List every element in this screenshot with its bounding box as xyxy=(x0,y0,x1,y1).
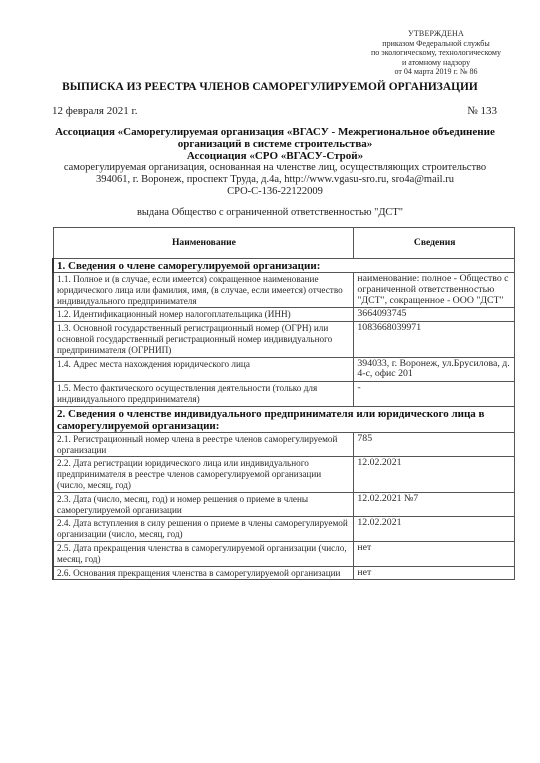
header-name: Наименование xyxy=(53,228,354,259)
document-number: № 133 xyxy=(467,105,497,117)
row-value: нет xyxy=(354,566,515,580)
row-label: 1.1. Полное и (в случае, если имеется) с… xyxy=(53,273,354,308)
row-value: нет xyxy=(354,541,515,566)
table-row: 1.3. Основной государственный регистраци… xyxy=(53,322,515,357)
row-label: 1.4. Адрес места нахождения юридического… xyxy=(53,357,354,382)
org-full-name-line2: организаций в системе строительства» xyxy=(30,138,520,150)
row-value: - xyxy=(354,382,515,407)
organization-block: Ассоциация «Саморегулируемая организация… xyxy=(30,126,520,198)
org-short-name: Ассоциация «СРО «ВГАСУ-Строй» xyxy=(30,150,520,162)
org-address: 394061, г. Воронеж, проспект Труда, д.4а… xyxy=(30,174,520,186)
section-title: 2. Сведения о членстве индивидуального п… xyxy=(53,406,515,432)
row-value: 785 xyxy=(354,432,515,457)
table-row: 2.5. Дата прекращения членства в саморег… xyxy=(53,541,515,566)
table-header-row: Наименование Сведения xyxy=(53,228,515,259)
approval-line: и атомному надзору xyxy=(330,58,540,68)
row-label: 2.3. Дата (число, месяц, год) и номер ре… xyxy=(53,492,354,517)
approval-line: приказом Федеральной службы xyxy=(330,39,540,49)
row-value: 3664093745 xyxy=(354,308,515,322)
row-value: 12.02.2021 xyxy=(354,457,515,492)
org-description: саморегулируемая организация, основанная… xyxy=(30,162,520,174)
row-value: 12.02.2021 №7 xyxy=(354,492,515,517)
header-info: Сведения xyxy=(354,228,515,259)
approval-stamp: УТВЕРЖДЕНА приказом Федеральной службы п… xyxy=(330,29,540,77)
org-full-name-line1: Ассоциация «Саморегулируемая организация… xyxy=(30,126,520,138)
row-label: 1.2. Идентификационный номер налогоплате… xyxy=(53,308,354,322)
row-label: 1.5. Место фактического осуществления де… xyxy=(53,382,354,407)
date-number-line: 12 февраля 2021 г. № 133 xyxy=(52,105,497,117)
approval-line: от 04 марта 2019 г. № 86 xyxy=(330,67,540,77)
issued-to: выдана Общество с ограниченной ответстве… xyxy=(0,207,540,218)
org-registry-number: СРО-С-136-22122009 xyxy=(30,186,520,198)
row-label: 2.5. Дата прекращения членства в саморег… xyxy=(53,541,354,566)
table-row: 1.2. Идентификационный номер налогоплате… xyxy=(53,308,515,322)
table-row: 2.2. Дата регистрации юридического лица … xyxy=(53,457,515,492)
table-row: 1.1. Полное и (в случае, если имеется) с… xyxy=(53,273,515,308)
section-title: 1. Сведения о члене саморегулируемой орг… xyxy=(53,259,515,273)
row-value: 12.02.2021 xyxy=(354,517,515,542)
row-value: 394033, г. Воронеж, ул.Брусилова, д. 4-с… xyxy=(354,357,515,382)
table-row: 2.3. Дата (число, месяц, год) и номер ре… xyxy=(53,492,515,517)
table-row: 1.4. Адрес места нахождения юридического… xyxy=(53,357,515,382)
row-label: 1.3. Основной государственный регистраци… xyxy=(53,322,354,357)
row-label: 2.2. Дата регистрации юридического лица … xyxy=(53,457,354,492)
row-value: наименование: полное - Общество с ограни… xyxy=(354,273,515,308)
approval-title: УТВЕРЖДЕНА xyxy=(330,29,540,39)
document-title: ВЫПИСКА ИЗ РЕЕСТРА ЧЛЕНОВ САМОРЕГУЛИРУЕМ… xyxy=(0,81,540,93)
table-body: 1. Сведения о члене саморегулируемой орг… xyxy=(53,259,515,580)
approval-line: по экологическому, технологическому xyxy=(330,48,540,58)
registry-table: Наименование Сведения 1. Сведения о член… xyxy=(52,227,515,580)
document-date: 12 февраля 2021 г. xyxy=(52,105,138,117)
table-row: 2.6. Основания прекращения членства в са… xyxy=(53,566,515,580)
section-header-row: 2. Сведения о членстве индивидуального п… xyxy=(53,406,515,432)
row-label: 2.4. Дата вступления в силу решения о пр… xyxy=(53,517,354,542)
row-label: 2.6. Основания прекращения членства в са… xyxy=(53,566,354,580)
row-value: 1083668039971 xyxy=(354,322,515,357)
row-label: 2.1. Регистрационный номер члена в реест… xyxy=(53,432,354,457)
table-row: 1.5. Место фактического осуществления де… xyxy=(53,382,515,407)
table-row: 2.1. Регистрационный номер члена в реест… xyxy=(53,432,515,457)
section-header-row: 1. Сведения о члене саморегулируемой орг… xyxy=(53,259,515,273)
table-row: 2.4. Дата вступления в силу решения о пр… xyxy=(53,517,515,542)
